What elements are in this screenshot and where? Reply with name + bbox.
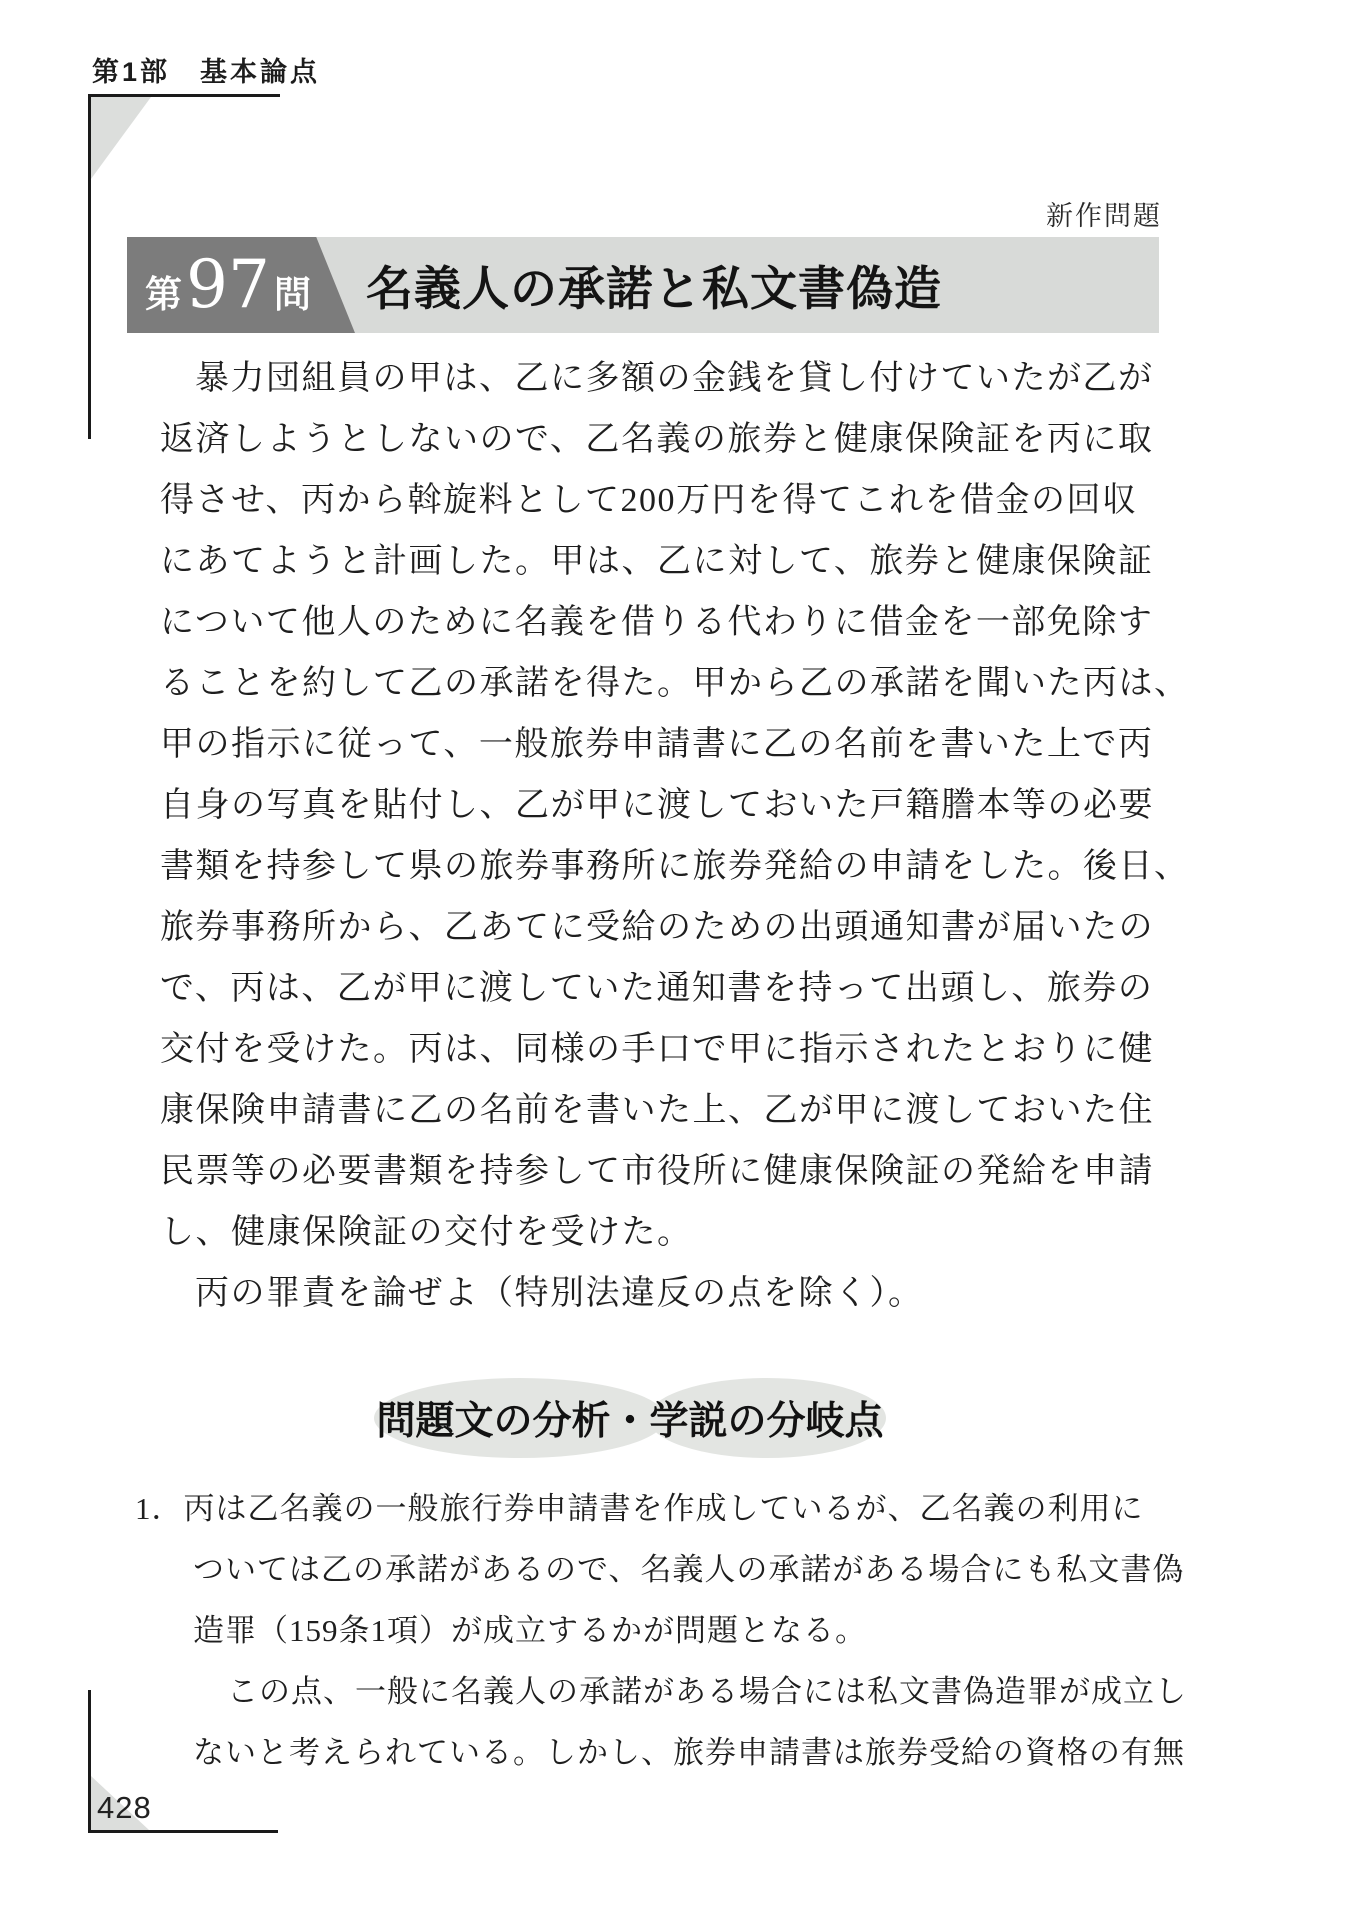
problem-line: し、健康保険証の交付を受けた。 (160, 1202, 1190, 1263)
question-number-prefix: 第 (145, 247, 182, 343)
page-number: 428 (97, 1790, 152, 1826)
problem-line: 得させ、丙から斡旋料として200万円を得てこれを借金の回収 (160, 470, 1190, 531)
question-number-box: 第 97 問 (127, 237, 355, 333)
problem-line: 返済しようとしないので、乙名義の旅券と健康保険証を丙に取 (160, 409, 1190, 470)
analysis-line: 1．丙は乙名義の一般旅行券申請書を作成しているが、乙名義の利用に (135, 1478, 1187, 1539)
edition-label: 新作問題 (1046, 194, 1162, 233)
problem-line: 自身の写真を貼付し、乙が甲に渡しておいた戸籍謄本等の必要 (160, 775, 1190, 836)
problem-line: で、丙は、乙が甲に渡していた通知書を持って出頭し、旅券の (160, 958, 1190, 1019)
problem-statement: 暴力団組員の甲は、乙に多額の金銭を貸し付けていたが乙が 返済しようとしないので、… (160, 348, 1190, 1324)
section-badge: 問題文の分析 ・ 学説の分岐点 (374, 1378, 886, 1458)
book-page: 第1部 基本論点 新作問題 第 97 問 名義人の承諾と私文書偽造 暴力団組員の… (0, 0, 1350, 1920)
footer-rule (88, 1830, 278, 1833)
corner-triangle-top (91, 97, 151, 179)
problem-task-line: 丙の罪責を論ぜよ（特別法違反の点を除く）。 (160, 1263, 1190, 1324)
analysis-line: この点、一般に名義人の承諾がある場合には私文書偽造罪が成立し (135, 1661, 1187, 1722)
problem-line: ることを約して乙の承諾を得た。甲から乙の承諾を聞いた丙は、 (160, 653, 1190, 714)
analysis-line: ないと考えられている。しかし、旅券申請書は旅券受給の資格の有無 (135, 1722, 1187, 1783)
analysis-line: 造罪（159条1項）が成立するかが問題となる。 (135, 1600, 1187, 1661)
problem-line: 康保険申請書に乙の名前を書いた上、乙が甲に渡しておいた住 (160, 1080, 1190, 1141)
question-title: 名義人の承諾と私文書偽造 (366, 237, 942, 333)
badge-text-left: 問題文の分析 (376, 1390, 610, 1446)
badge-text-separator: ・ (610, 1390, 649, 1446)
problem-line: 暴力団組員の甲は、乙に多額の金銭を貸し付けていたが乙が (160, 348, 1190, 409)
part-header: 第1部 基本論点 (92, 50, 320, 89)
problem-line: 民票等の必要書類を持参して市役所に健康保険証の発給を申請 (160, 1141, 1190, 1202)
badge-text-right: 学説の分岐点 (650, 1390, 884, 1446)
analysis-line-text: 丙は乙名義の一般旅行券申請書を作成しているが、乙名義の利用に (184, 1491, 1144, 1526)
section-badge-title: 問題文の分析 ・ 学説の分岐点 (374, 1378, 886, 1458)
problem-line: にあてようと計画した。甲は、乙に対して、旅券と健康保険証 (160, 531, 1190, 592)
question-number: 97 (186, 237, 270, 333)
analysis-item-number: 1． (135, 1491, 184, 1526)
question-number-suffix: 問 (274, 247, 311, 343)
problem-line: 甲の指示に従って、一般旅券申請書に乙の名前を書いた上で丙 (160, 714, 1190, 775)
analysis-block: 1．丙は乙名義の一般旅行券申請書を作成しているが、乙名義の利用に ついては乙の承… (135, 1478, 1187, 1783)
problem-line: 旅券事務所から、乙あてに受給のための出頭通知書が届いたの (160, 897, 1190, 958)
analysis-line: ついては乙の承諾があるので、名義人の承諾がある場合にも私文書偽 (135, 1539, 1187, 1600)
problem-line: 交付を受けた。丙は、同様の手口で甲に指示されたとおりに健 (160, 1019, 1190, 1080)
problem-line: 書類を持参して県の旅券事務所に旅券発給の申請をした。後日、 (160, 836, 1190, 897)
problem-line: について他人のために名義を借りる代わりに借金を一部免除す (160, 592, 1190, 653)
